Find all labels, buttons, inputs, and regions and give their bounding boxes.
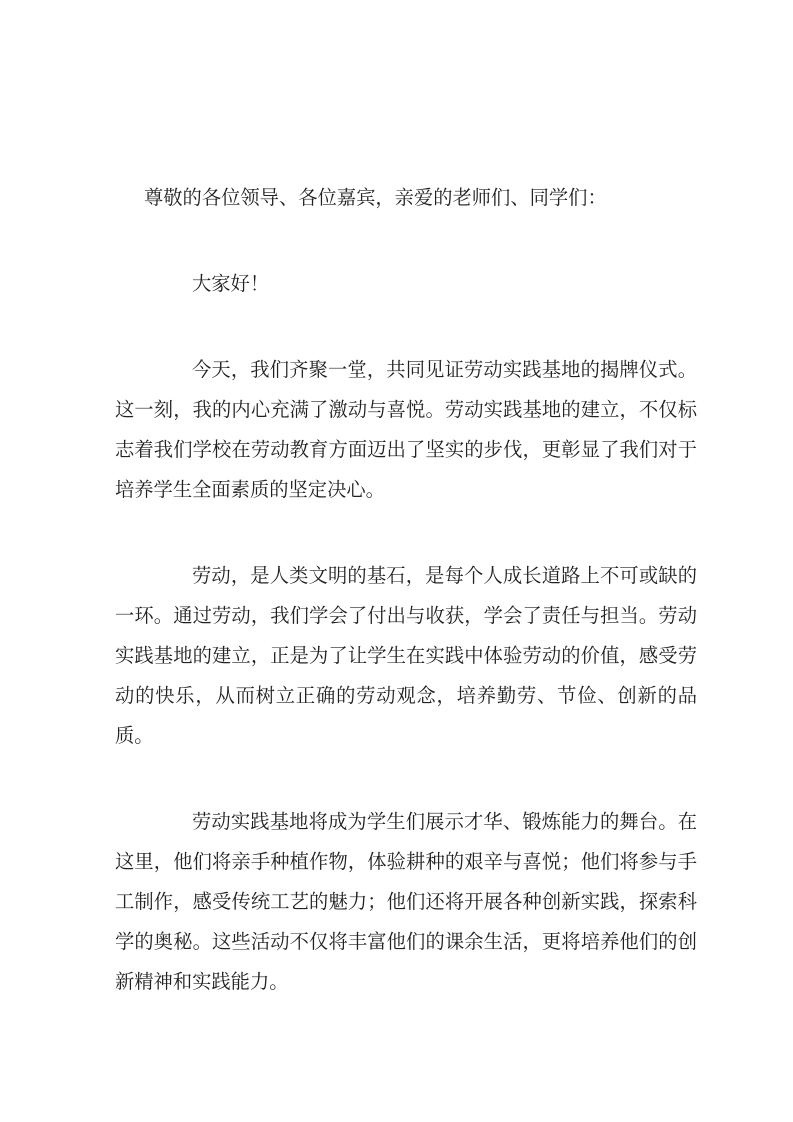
paragraph-greeting: 大家好！ xyxy=(115,265,697,305)
speech-document: 尊敬的各位领导、各位嘉宾，亲爱的老师们、同学们： 大家好！ 今天，我们齐聚一堂，… xyxy=(115,179,697,1003)
document-page: 尊敬的各位领导、各位嘉宾，亲爱的老师们、同学们： 大家好！ 今天，我们齐聚一堂，… xyxy=(0,0,793,1122)
paragraph-opening: 今天，我们齐聚一堂，共同见证劳动实践基地的揭牌仪式。这一刻，我的内心充满了激动与… xyxy=(115,351,697,511)
paragraph-labor-meaning: 劳动，是人类文明的基石，是每个人成长道路上不可或缺的一环。通过劳动，我们学会了付… xyxy=(115,557,697,757)
salutation-line: 尊敬的各位领导、各位嘉宾，亲爱的老师们、同学们： xyxy=(115,179,697,219)
paragraph-base-activities: 劳动实践基地将成为学生们展示才华、锻炼能力的舞台。在这里，他们将亲手种植作物，体… xyxy=(115,803,697,1003)
